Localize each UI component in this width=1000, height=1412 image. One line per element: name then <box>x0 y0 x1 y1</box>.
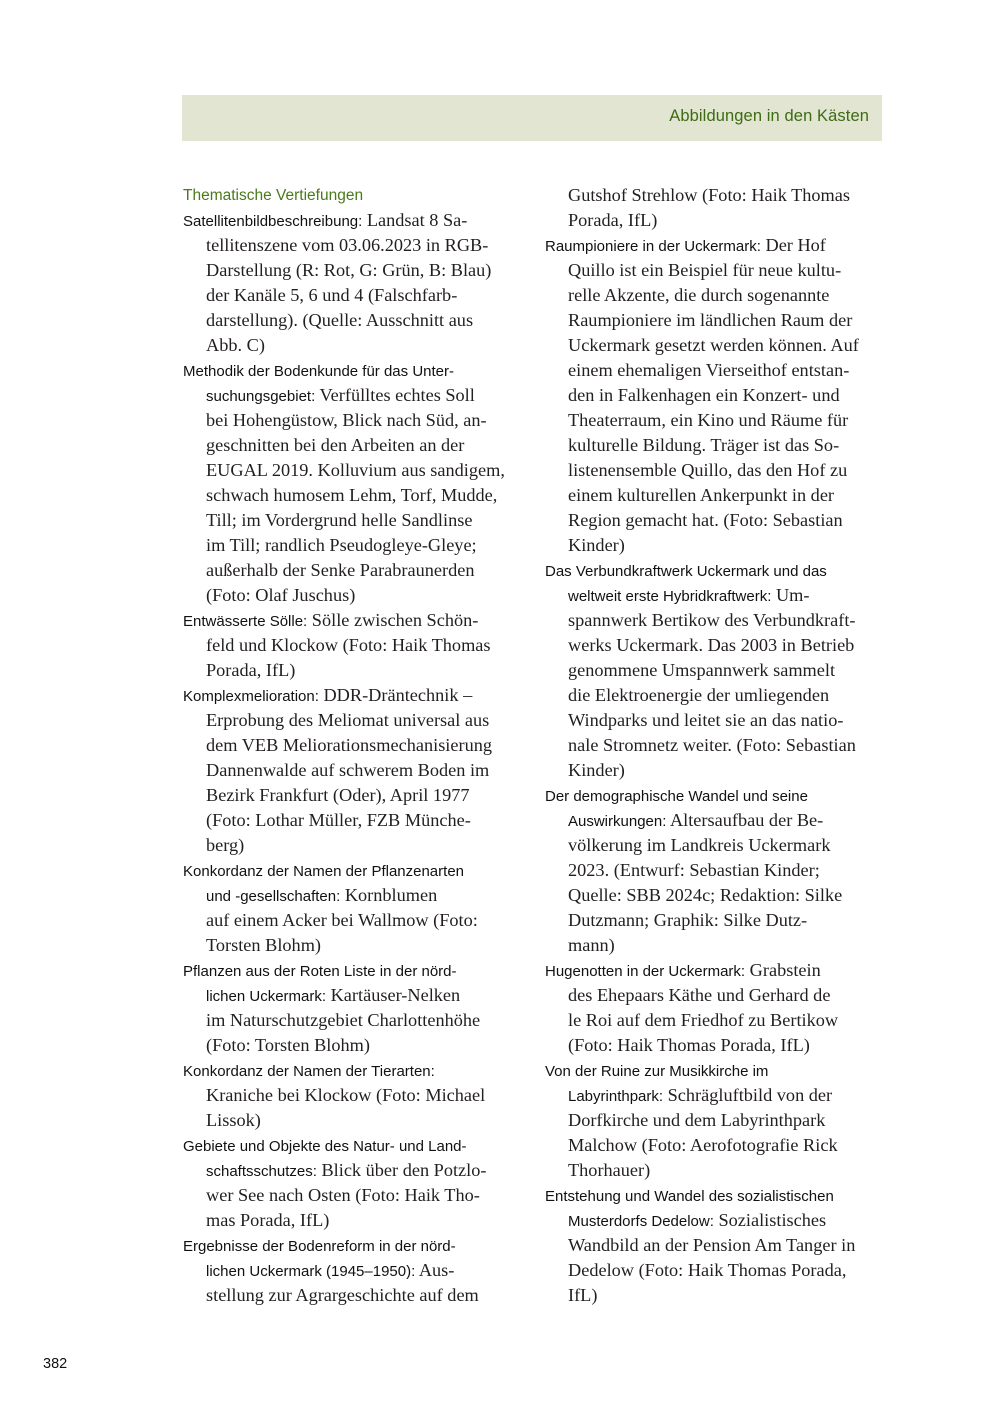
caption-line: Kraniche bei Klockow (Foto: Michael <box>183 1083 528 1108</box>
caption-term: Entwässerte Sölle: <box>183 613 307 630</box>
caption-line: der Kanäle 5, 6 und 4 (Falschfarb- <box>183 283 528 308</box>
caption-text: (Foto: Torsten Blohm) <box>206 1035 370 1055</box>
caption-line: Darstellung (R: Rot, G: Grün, B: Blau) <box>183 258 528 283</box>
caption-line: Raumpioniere im ländlichen Raum der <box>545 308 890 333</box>
caption-text: Sozialistisches <box>714 1210 826 1230</box>
caption-line: im Naturschutzgebiet Charlottenhöhe <box>183 1008 528 1033</box>
caption-text: die Elektroenergie der umliegenden <box>568 685 829 705</box>
caption-text: wer See nach Osten (Foto: Haik Tho- <box>206 1185 480 1205</box>
caption-text: Darstellung (R: Rot, G: Grün, B: Blau) <box>206 260 491 280</box>
caption-text: spannwerk Bertikow des Verbundkraft- <box>568 610 856 630</box>
caption-line: wer See nach Osten (Foto: Haik Tho- <box>183 1183 528 1208</box>
caption-term: Entstehung und Wandel des sozialistische… <box>545 1188 834 1205</box>
caption-line: IfL) <box>545 1283 890 1308</box>
caption-text: listenensemble Quillo, das den Hof zu <box>568 460 847 480</box>
caption-line: schwach humosem Lehm, Torf, Mudde, <box>183 483 528 508</box>
caption-text: Dannenwalde auf schwerem Boden im <box>206 760 489 780</box>
caption-line: dem VEB Meliorationsmechanisierung <box>183 733 528 758</box>
caption-line: Abb. C) <box>183 333 528 358</box>
caption-text: genommene Umspannwerk sammelt <box>568 660 835 680</box>
caption-text: im Naturschutzgebiet Charlottenhöhe <box>206 1010 480 1030</box>
caption-line: weltweit erste Hybridkraftwerk: Um- <box>545 583 890 608</box>
caption-line: listenensemble Quillo, das den Hof zu <box>545 458 890 483</box>
caption-line: Methodik der Bodenkunde für das Unter- <box>183 358 528 383</box>
caption-text: Verfülltes echtes Soll <box>315 385 475 405</box>
caption-line: Konkordanz der Namen der Tierarten: <box>183 1058 528 1083</box>
caption-line: Porada, IfL) <box>545 208 890 233</box>
caption-text: Malchow (Foto: Aerofotografie Rick <box>568 1135 838 1155</box>
caption-line: Windparks und leitet sie an das natio- <box>545 708 890 733</box>
caption-line: lichen Uckermark (1945–1950): Aus- <box>183 1258 528 1283</box>
section-heading: Thematische Vertiefungen <box>183 183 528 208</box>
caption-text: Windparks und leitet sie an das natio- <box>568 710 843 730</box>
caption-text: darstellung). (Quelle: Ausschnitt aus <box>206 310 473 330</box>
caption-line: Region gemacht hat. (Foto: Sebastian <box>545 508 890 533</box>
caption-line: Auswirkungen: Altersaufbau der Be- <box>545 808 890 833</box>
caption-text: außerhalb der Senke Parabraunerden <box>206 560 475 580</box>
caption-line: Raumpioniere in der Uckermark: Der Hof <box>545 233 890 258</box>
caption-line: darstellung). (Quelle: Ausschnitt aus <box>183 308 528 333</box>
caption-text: Bezirk Frankfurt (Oder), April 1977 <box>206 785 470 805</box>
caption-text: Blick über den Potzlo- <box>317 1160 487 1180</box>
caption-line: Kinder) <box>545 533 890 558</box>
caption-text: tellitenszene vom 03.06.2023 in RGB- <box>206 235 488 255</box>
caption-line: Musterdorfs Dedelow: Sozialistisches <box>545 1208 890 1233</box>
caption-line: le Roi auf dem Friedhof zu Bertikow <box>545 1008 890 1033</box>
caption-text: Sölle zwischen Schön- <box>307 610 478 630</box>
caption-line: Lissok) <box>183 1108 528 1133</box>
caption-line: Labyrinthpark: Schrägluftbild von der <box>545 1083 890 1108</box>
caption-line: EUGAL 2019. Kolluvium aus sandigem, <box>183 458 528 483</box>
caption-line: Torsten Blohm) <box>183 933 528 958</box>
caption-line: mas Porada, IfL) <box>183 1208 528 1233</box>
caption-text: Um- <box>771 585 809 605</box>
caption-text: mann) <box>568 935 615 955</box>
caption-line: 2023. (Entwurf: Sebastian Kinder; <box>545 858 890 883</box>
caption-text: IfL) <box>568 1285 597 1305</box>
caption-text: Schrägluftbild von der <box>663 1085 832 1105</box>
caption-line: Thorhauer) <box>545 1158 890 1183</box>
caption-text: Altersaufbau der Be- <box>666 810 823 830</box>
caption-line: tellitenszene vom 03.06.2023 in RGB- <box>183 233 528 258</box>
caption-line: Theaterraum, ein Kino und Räume für <box>545 408 890 433</box>
caption-term: Das Verbundkraftwerk Uckermark und das <box>545 563 827 580</box>
caption-text: völkerung im Landkreis Uckermark <box>568 835 830 855</box>
caption-line: suchungsgebiet: Verfülltes echtes Soll <box>183 383 528 408</box>
caption-text: Dorfkirche und dem Labyrinthpark <box>568 1110 825 1130</box>
caption-term: lichen Uckermark: <box>206 988 326 1005</box>
caption-line: Entwässerte Sölle: Sölle zwischen Schön- <box>183 608 528 633</box>
caption-line: den in Falkenhagen ein Konzert- und <box>545 383 890 408</box>
caption-line: stellung zur Agrargeschichte auf dem <box>183 1283 528 1308</box>
caption-line: Till; im Vordergrund helle Sandlinse <box>183 508 528 533</box>
caption-text: Uckermark gesetzt werden können. Auf <box>568 335 859 355</box>
caption-line: berg) <box>183 833 528 858</box>
caption-line: im Till; randlich Pseudogleye-Gleye; <box>183 533 528 558</box>
caption-term: Labyrinthpark: <box>568 1088 663 1105</box>
caption-text: Region gemacht hat. (Foto: Sebastian <box>568 510 843 530</box>
caption-text: Raumpioniere im ländlichen Raum der <box>568 310 852 330</box>
caption-text: EUGAL 2019. Kolluvium aus sandigem, <box>206 460 505 480</box>
caption-text: Dedelow (Foto: Haik Thomas Porada, <box>568 1260 846 1280</box>
caption-text: feld und Klockow (Foto: Haik Thomas <box>206 635 491 655</box>
caption-text: 2023. (Entwurf: Sebastian Kinder; <box>568 860 820 880</box>
caption-text: der Kanäle 5, 6 und 4 (Falschfarb- <box>206 285 457 305</box>
caption-line: Malchow (Foto: Aerofotografie Rick <box>545 1133 890 1158</box>
caption-line: Der demographische Wandel und seine <box>545 783 890 808</box>
left-column: Thematische VertiefungenSatellitenbildbe… <box>183 183 528 1308</box>
running-header-bar: Abbildungen in den Kästen <box>182 95 882 141</box>
caption-term: Raumpioniere in der Uckermark: <box>545 238 761 255</box>
caption-text: im Till; randlich Pseudogleye-Gleye; <box>206 535 477 555</box>
caption-line: (Foto: Torsten Blohm) <box>183 1033 528 1058</box>
caption-text: schwach humosem Lehm, Torf, Mudde, <box>206 485 497 505</box>
caption-text: DDR-Dräntechnik – <box>319 685 472 705</box>
caption-term: Komplexmelioration: <box>183 688 319 705</box>
caption-term: Pflanzen aus der Roten Liste in der nörd… <box>183 963 457 980</box>
caption-line: Dannenwalde auf schwerem Boden im <box>183 758 528 783</box>
caption-line: Konkordanz der Namen der Pflanzenarten <box>183 858 528 883</box>
caption-term: Gebiete und Objekte des Natur- und Land- <box>183 1138 467 1155</box>
caption-line: nale Stromnetz weiter. (Foto: Sebastian <box>545 733 890 758</box>
caption-text: (Foto: Haik Thomas Porada, IfL) <box>568 1035 810 1055</box>
caption-line: genommene Umspannwerk sammelt <box>545 658 890 683</box>
caption-line: relle Akzente, die durch sogenannte <box>545 283 890 308</box>
caption-line: die Elektroenergie der umliegenden <box>545 683 890 708</box>
caption-text: Dutzmann; Graphik: Silke Dutz- <box>568 910 807 930</box>
caption-line: und -gesellschaften: Kornblumen <box>183 883 528 908</box>
caption-text: Till; im Vordergrund helle Sandlinse <box>206 510 472 530</box>
caption-text: (Foto: Olaf Juschus) <box>206 585 355 605</box>
caption-line: einem ehemaligen Vierseithof entstan- <box>545 358 890 383</box>
caption-term: lichen Uckermark (1945–1950): <box>206 1263 415 1280</box>
caption-text: den in Falkenhagen ein Konzert- und <box>568 385 840 405</box>
caption-line: Erprobung des Meliomat universal aus <box>183 708 528 733</box>
caption-text: Quelle: SBB 2024c; Redaktion: Silke <box>568 885 842 905</box>
caption-line: (Foto: Haik Thomas Porada, IfL) <box>545 1033 890 1058</box>
caption-line: des Ehepaars Käthe und Gerhard de <box>545 983 890 1008</box>
caption-text: Thorhauer) <box>568 1160 650 1180</box>
caption-term: Konkordanz der Namen der Tierarten: <box>183 1063 435 1080</box>
caption-line: Wandbild an der Pension Am Tanger in <box>545 1233 890 1258</box>
caption-text: Porada, IfL) <box>206 660 295 680</box>
caption-text: Porada, IfL) <box>568 210 657 230</box>
caption-text: Torsten Blohm) <box>206 935 321 955</box>
caption-line: mann) <box>545 933 890 958</box>
caption-line: lichen Uckermark: Kartäuser-Nelken <box>183 983 528 1008</box>
caption-text: Wandbild an der Pension Am Tanger in <box>568 1235 855 1255</box>
caption-line: Entstehung und Wandel des sozialistische… <box>545 1183 890 1208</box>
caption-term: Hugenotten in der Uckermark: <box>545 963 745 980</box>
caption-line: Bezirk Frankfurt (Oder), April 1977 <box>183 783 528 808</box>
caption-text: Gutshof Strehlow (Foto: Haik Thomas <box>568 185 850 205</box>
caption-line: spannwerk Bertikow des Verbundkraft- <box>545 608 890 633</box>
caption-text: Kinder) <box>568 760 625 780</box>
caption-text: werks Uckermark. Das 2003 in Betrieb <box>568 635 854 655</box>
caption-line: außerhalb der Senke Parabraunerden <box>183 558 528 583</box>
caption-term: und -gesellschaften: <box>206 888 340 905</box>
caption-text: Kornblumen <box>340 885 437 905</box>
caption-term: Der demographische Wandel und seine <box>545 788 808 805</box>
caption-text: Erprobung des Meliomat universal aus <box>206 710 489 730</box>
running-header-title: Abbildungen in den Kästen <box>669 107 869 126</box>
caption-line: Dorfkirche und dem Labyrinthpark <box>545 1108 890 1133</box>
caption-text: auf einem Acker bei Wallmow (Foto: <box>206 910 478 930</box>
caption-text: Abb. C) <box>206 335 265 355</box>
caption-term: Satellitenbildbeschreibung: <box>183 213 362 230</box>
caption-line: Ergebnisse der Bodenreform in der nörd- <box>183 1233 528 1258</box>
caption-term: Ergebnisse der Bodenreform in der nörd- <box>183 1238 456 1255</box>
caption-line: feld und Klockow (Foto: Haik Thomas <box>183 633 528 658</box>
caption-text: einem kulturellen Ankerpunkt in der <box>568 485 834 505</box>
caption-text: Kartäuser-Nelken <box>326 985 460 1005</box>
caption-line: einem kulturellen Ankerpunkt in der <box>545 483 890 508</box>
caption-text: Lissok) <box>206 1110 261 1130</box>
caption-term: Auswirkungen: <box>568 813 666 830</box>
caption-term: Musterdorfs Dedelow: <box>568 1213 714 1230</box>
caption-line: Gebiete und Objekte des Natur- und Land- <box>183 1133 528 1158</box>
caption-line: Quelle: SBB 2024c; Redaktion: Silke <box>545 883 890 908</box>
caption-line: Komplexmelioration: DDR-Dräntechnik – <box>183 683 528 708</box>
caption-text: Aus- <box>415 1260 454 1280</box>
caption-text: Quillo ist ein Beispiel für neue kultu- <box>568 260 841 280</box>
caption-text: geschnitten bei den Arbeiten an der <box>206 435 464 455</box>
caption-text: le Roi auf dem Friedhof zu Bertikow <box>568 1010 838 1030</box>
caption-line: Von der Ruine zur Musikkirche im <box>545 1058 890 1083</box>
page-number: 382 <box>43 1356 67 1372</box>
caption-line: Das Verbundkraftwerk Uckermark und das <box>545 558 890 583</box>
caption-text: berg) <box>206 835 244 855</box>
caption-line: bei Hohengüstow, Blick nach Süd, an- <box>183 408 528 433</box>
caption-text: stellung zur Agrargeschichte auf dem <box>206 1285 479 1305</box>
caption-line: völkerung im Landkreis Uckermark <box>545 833 890 858</box>
caption-text: Kraniche bei Klockow (Foto: Michael <box>206 1085 485 1105</box>
caption-text: Der Hof <box>761 235 826 255</box>
caption-term: suchungsgebiet: <box>206 388 315 405</box>
caption-line: auf einem Acker bei Wallmow (Foto: <box>183 908 528 933</box>
caption-line: (Foto: Olaf Juschus) <box>183 583 528 608</box>
caption-line: Uckermark gesetzt werden können. Auf <box>545 333 890 358</box>
caption-text: Landsat 8 Sa- <box>362 210 467 230</box>
caption-line: (Foto: Lothar Müller, FZB Münche- <box>183 808 528 833</box>
caption-text: bei Hohengüstow, Blick nach Süd, an- <box>206 410 487 430</box>
caption-text: dem VEB Meliorationsmechanisierung <box>206 735 492 755</box>
caption-line: Dedelow (Foto: Haik Thomas Porada, <box>545 1258 890 1283</box>
caption-text: nale Stromnetz weiter. (Foto: Sebastian <box>568 735 856 755</box>
caption-line: kulturelle Bildung. Träger ist das So- <box>545 433 890 458</box>
caption-line: Dutzmann; Graphik: Silke Dutz- <box>545 908 890 933</box>
caption-term: Konkordanz der Namen der Pflanzenarten <box>183 863 464 880</box>
caption-text: kulturelle Bildung. Träger ist das So- <box>568 435 839 455</box>
caption-text: des Ehepaars Käthe und Gerhard de <box>568 985 830 1005</box>
caption-text: Grabstein <box>745 960 821 980</box>
caption-line: werks Uckermark. Das 2003 in Betrieb <box>545 633 890 658</box>
caption-text: relle Akzente, die durch sogenannte <box>568 285 829 305</box>
caption-line: Satellitenbildbeschreibung: Landsat 8 Sa… <box>183 208 528 233</box>
caption-line: Porada, IfL) <box>183 658 528 683</box>
caption-line: geschnitten bei den Arbeiten an der <box>183 433 528 458</box>
caption-term: Methodik der Bodenkunde für das Unter- <box>183 363 454 380</box>
caption-text: Kinder) <box>568 535 625 555</box>
caption-line: Hugenotten in der Uckermark: Grabstein <box>545 958 890 983</box>
caption-line: schaftsschutzes: Blick über den Potzlo- <box>183 1158 528 1183</box>
caption-term: weltweit erste Hybridkraftwerk: <box>568 588 771 605</box>
caption-text: Theaterraum, ein Kino und Räume für <box>568 410 848 430</box>
caption-line: Pflanzen aus der Roten Liste in der nörd… <box>183 958 528 983</box>
caption-line: Quillo ist ein Beispiel für neue kultu- <box>545 258 890 283</box>
caption-term: Von der Ruine zur Musikkirche im <box>545 1063 768 1080</box>
right-column: Gutshof Strehlow (Foto: Haik ThomasPorad… <box>545 183 890 1308</box>
caption-text: (Foto: Lothar Müller, FZB Münche- <box>206 810 471 830</box>
caption-text: mas Porada, IfL) <box>206 1210 329 1230</box>
caption-term: schaftsschutzes: <box>206 1163 317 1180</box>
caption-text: einem ehemaligen Vierseithof entstan- <box>568 360 849 380</box>
caption-line: Kinder) <box>545 758 890 783</box>
caption-line: Gutshof Strehlow (Foto: Haik Thomas <box>545 183 890 208</box>
